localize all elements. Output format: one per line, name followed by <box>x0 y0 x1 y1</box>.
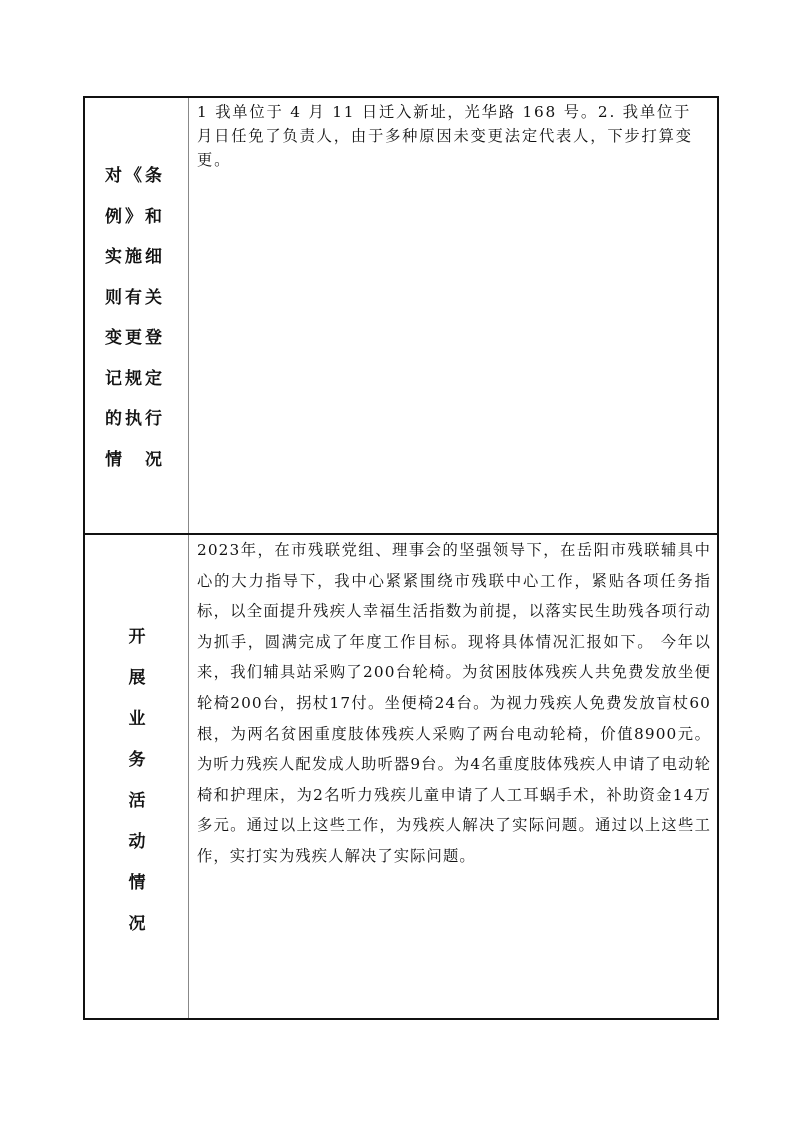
table-row-business-activities: 开 展 业 务 活 动 情 况 2023年，在市残联党组、理事会的坚强领导下，在… <box>85 535 717 1018</box>
row-label-cell: 开 展 业 务 活 动 情 况 <box>85 535 189 1018</box>
row-label-cell: 对《条 例》和 实施细 则有关 变更登 记规定 的执行 情 况 <box>85 98 189 533</box>
row-label-registration-changes: 对《条 例》和 实施细 则有关 变更登 记规定 的执行 情 况 <box>105 156 175 480</box>
table-row-registration-changes: 对《条 例》和 实施细 则有关 变更登 记规定 的执行 情 况 1 我单位于 4… <box>85 98 717 535</box>
report-table: 对《条 例》和 实施细 则有关 变更登 记规定 的执行 情 况 1 我单位于 4… <box>83 96 719 1020</box>
row-content-cell: 2023年，在市残联党组、理事会的坚强领导下，在岳阳市残联辅具中心的大力指导下，… <box>189 535 717 1018</box>
row-label-business-activities: 开 展 业 务 活 动 情 况 <box>85 617 189 945</box>
row-content-cell: 1 我单位于 4 月 11 日迁入新址，光华路 168 号。2. 我单位于 月日… <box>189 98 717 533</box>
registration-changes-text: 1 我单位于 4 月 11 日迁入新址，光华路 168 号。2. 我单位于 月日… <box>197 100 711 172</box>
business-activities-text: 2023年，在市残联党组、理事会的坚强领导下，在岳阳市残联辅具中心的大力指导下，… <box>197 535 711 872</box>
